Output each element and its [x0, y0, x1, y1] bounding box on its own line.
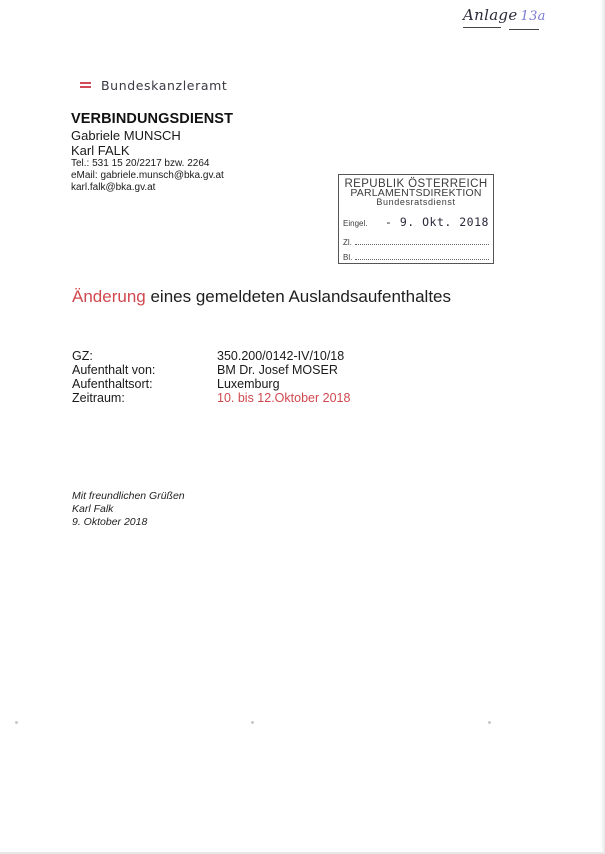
closing-name: Karl Falk — [72, 503, 185, 516]
scan-mark — [488, 721, 491, 724]
sender-block: VERBINDUNGSDIENST Gabriele MUNSCH Karl F… — [71, 111, 233, 194]
title-accent: Änderung — [72, 287, 146, 306]
sender-department: VERBINDUNGSDIENST — [71, 111, 233, 128]
stamp-received-row: Eingel. - 9. Okt. 2018 — [343, 215, 489, 229]
sender-email: karl.falk@bka.gv.at — [71, 182, 233, 194]
detail-row: Zeitraum: 10. bis 12.Oktober 2018 — [72, 391, 350, 405]
receipt-stamp: REPUBLIK ÖSTERREICH PARLAMENTSDIREKTION … — [338, 174, 494, 264]
stamp-zl-row: Zl. — [343, 236, 489, 247]
detail-value-period: 10. bis 12.Oktober 2018 — [217, 391, 350, 405]
sender-name: Gabriele MUNSCH — [71, 128, 233, 143]
details-table: GZ: 350.200/0142-IV/10/18 Aufenthalt von… — [72, 349, 350, 405]
stamp-bl-row: Bl. — [343, 251, 489, 262]
detail-label: Zeitraum: — [72, 391, 217, 405]
annotation-underline — [463, 27, 501, 28]
stamp-received-label: Eingel. — [343, 219, 371, 228]
detail-label: Aufenthalt von: — [72, 363, 217, 377]
closing-greeting: Mit freundlichen Grüßen — [72, 490, 185, 503]
annotation-number: 13a — [521, 9, 546, 24]
sender-name: Karl FALK — [71, 143, 233, 158]
logo-text: Bundeskanzleramt — [101, 78, 227, 93]
stamp-received-date: - 9. Okt. 2018 — [385, 215, 489, 229]
detail-row: Aufenthalt von: BM Dr. Josef MOSER — [72, 363, 350, 377]
stamp-bl-label: Bl. — [343, 253, 353, 262]
detail-row: GZ: 350.200/0142-IV/10/18 — [72, 349, 350, 363]
closing-date: 9. Oktober 2018 — [72, 516, 185, 529]
austria-flag-icon — [80, 81, 91, 90]
scan-mark — [15, 721, 18, 724]
sender-email: eMail: gabriele.munsch@bka.gv.at — [71, 170, 233, 182]
stamp-dotted-line — [355, 251, 489, 260]
stamp-zl-label: Zl. — [343, 238, 353, 247]
detail-row: Aufenthaltsort: Luxemburg — [72, 377, 350, 391]
detail-value: 350.200/0142-IV/10/18 — [217, 349, 344, 363]
handwritten-annotation: Anlage13a — [463, 6, 546, 24]
detail-value: Luxemburg — [217, 377, 280, 391]
annotation-label: Anlage — [463, 6, 518, 24]
detail-label: Aufenthaltsort: — [72, 377, 217, 391]
title-rest: eines gemeldeten Auslandsaufenthaltes — [146, 287, 451, 306]
stamp-line: Bundesratsdienst — [339, 197, 493, 207]
stamp-dotted-line — [355, 236, 489, 245]
annotation-underline — [509, 29, 539, 30]
bundeskanzleramt-logo: Bundeskanzleramt — [80, 78, 227, 93]
sender-phone: Tel.: 531 15 20/2217 bzw. 2264 — [71, 158, 233, 170]
detail-value: BM Dr. Josef MOSER — [217, 363, 338, 377]
document-title: Änderung eines gemeldeten Auslandsaufent… — [72, 287, 451, 307]
closing-block: Mit freundlichen Grüßen Karl Falk 9. Okt… — [72, 490, 185, 529]
scan-mark — [251, 721, 254, 724]
detail-label: GZ: — [72, 349, 217, 363]
